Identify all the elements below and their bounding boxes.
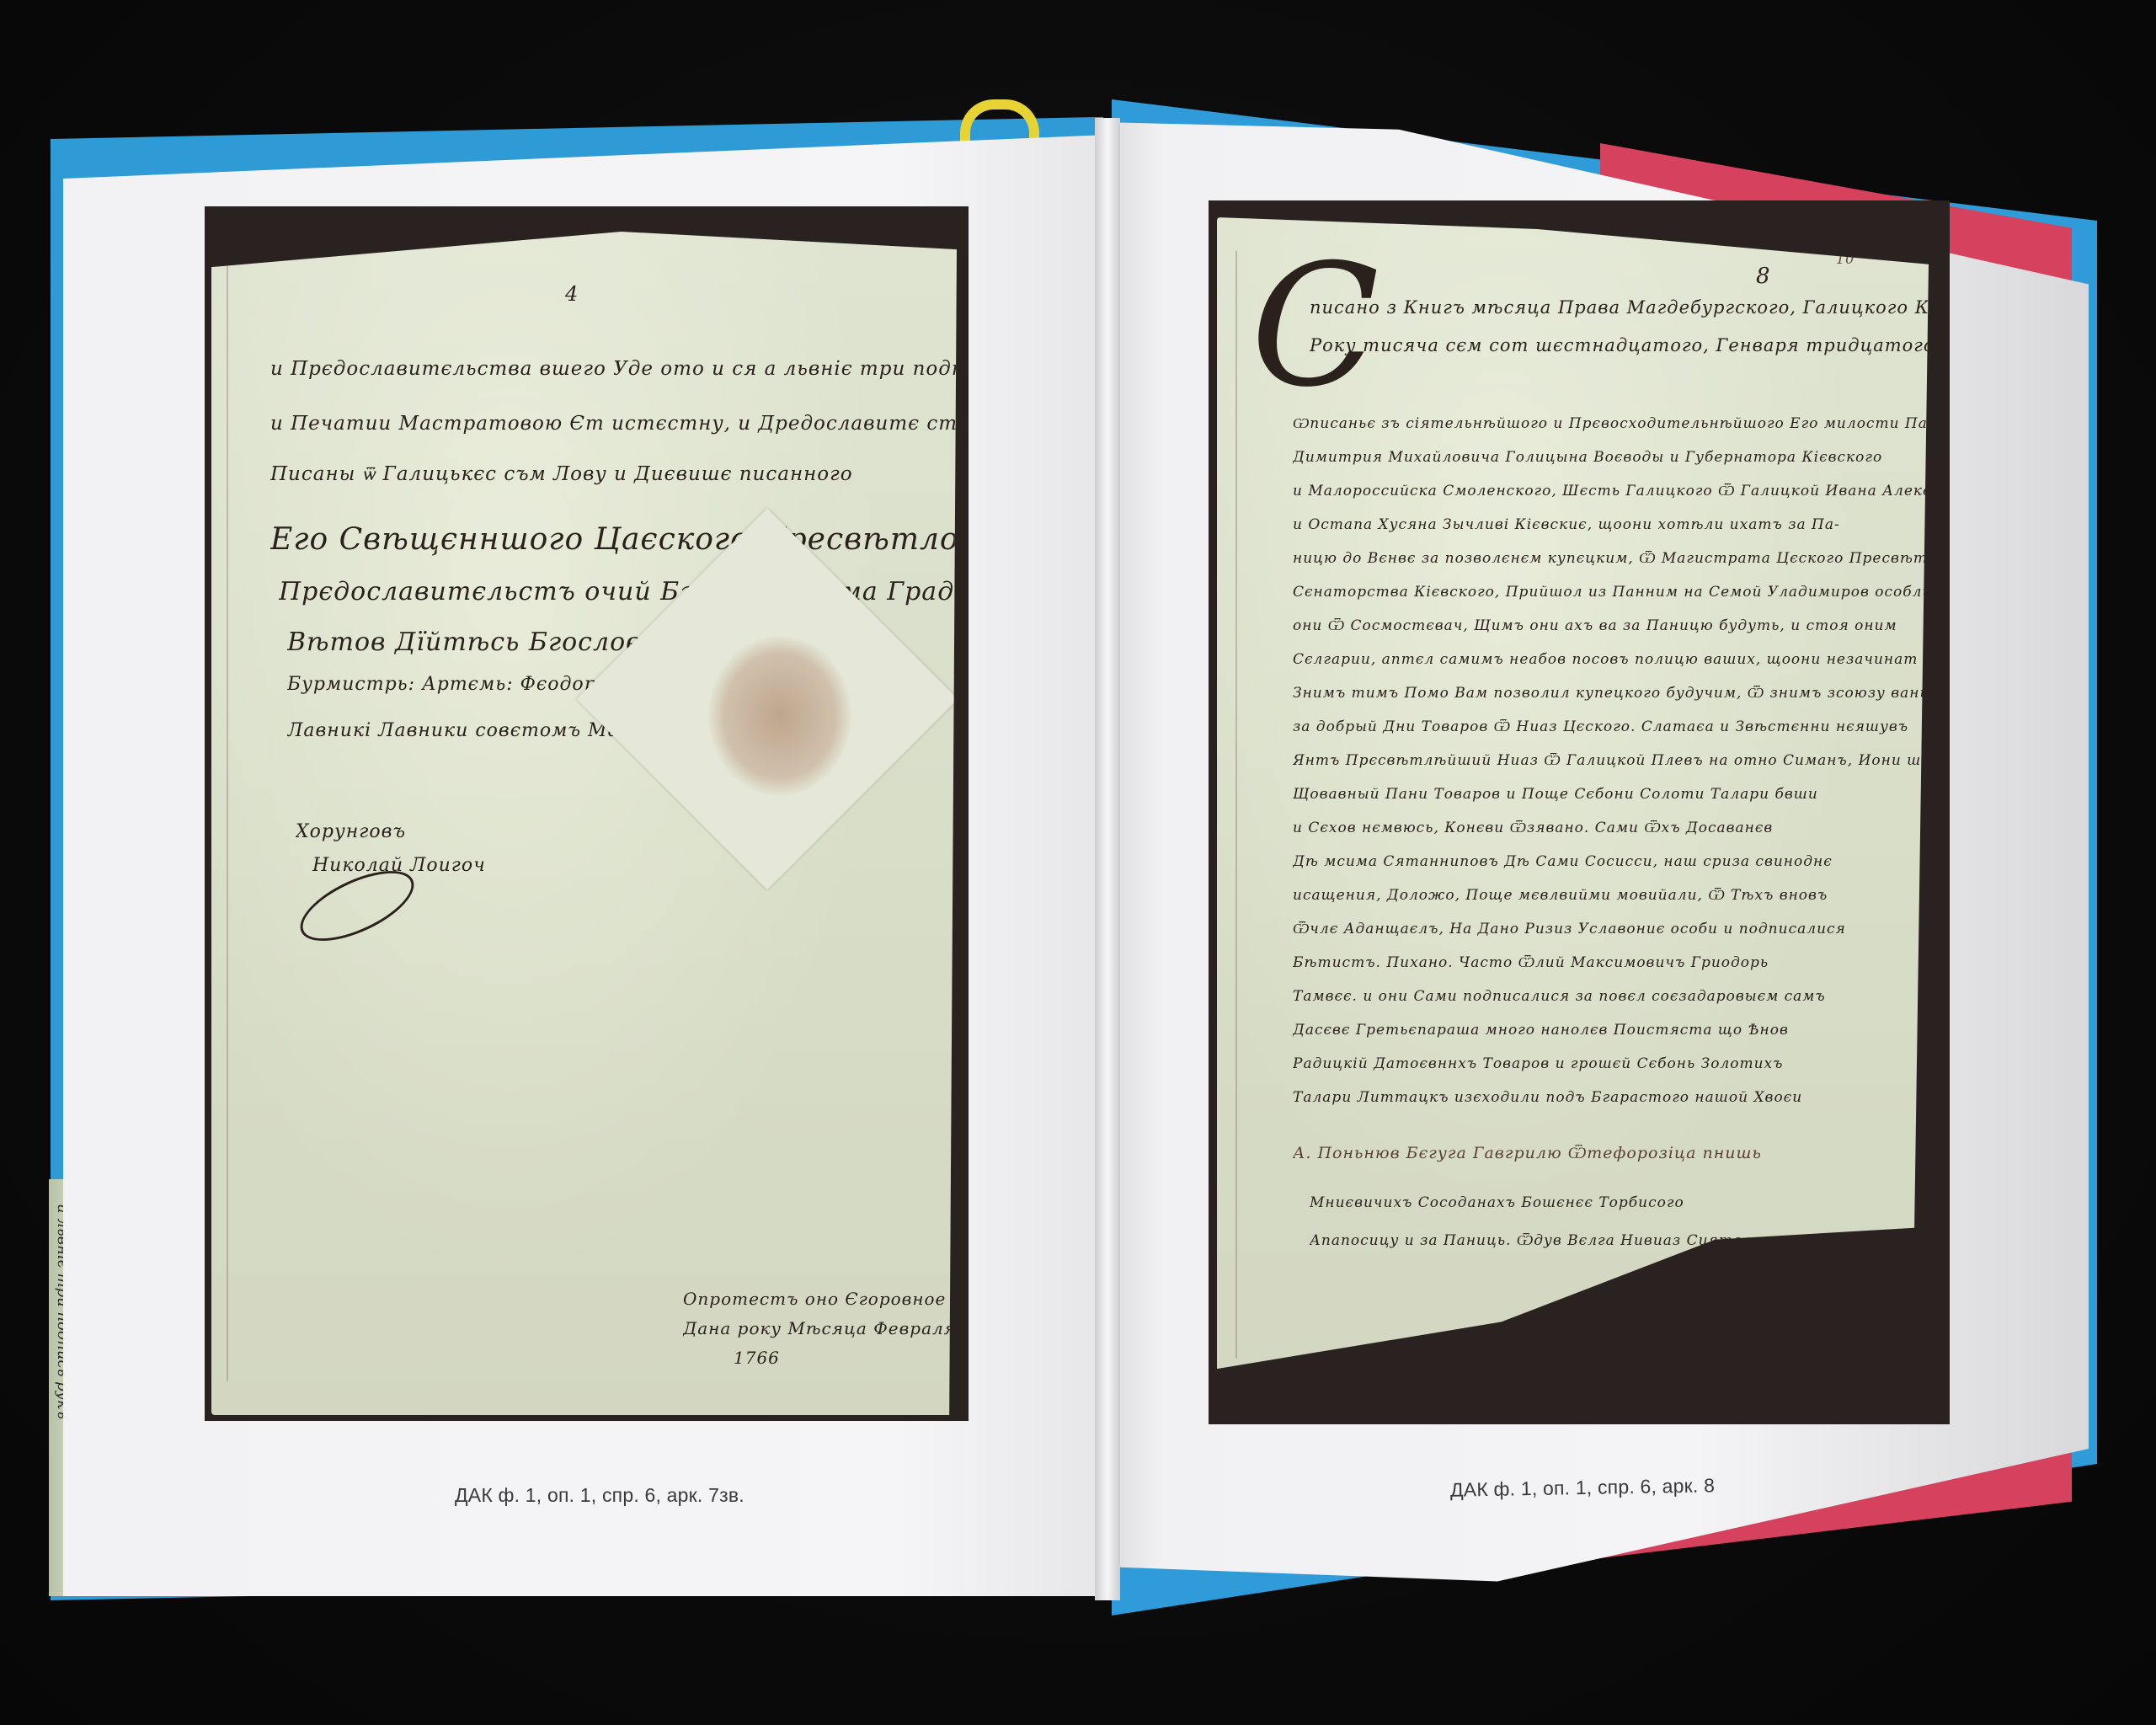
signature-line: Мниєвичихъ Сосоданахъ Бошєнєє Торбисого (1310, 1194, 1929, 1211)
manuscript-line: ницю до Вєнвє за позволєнєм купєцким, Ѿ … (1293, 550, 1929, 567)
signature-line: Прєвосходительства (1689, 1266, 1929, 1283)
footer-line: 1766 (734, 1348, 957, 1368)
manuscript-line: Бѣтистъ. Пихано. Часто Ѿлий Максимовичъ … (1293, 954, 1929, 971)
book-gutter (1095, 118, 1120, 1600)
signature-line: Апапосицу и за Паниць. Ѿдув Вєлга Нивиаз… (1310, 1232, 1929, 1249)
page-mark: 4 (565, 282, 957, 306)
manuscript-line: и Сєхов нємвюсь, Конєви Ѿзявано. Сами Ѿх… (1293, 820, 1929, 836)
manuscript-line: Сєнаторства Кієвского, Прийшол из Панним… (1293, 584, 1929, 601)
manuscript-line: Ѿчлє Аданщаєлъ, На Дано Ризиз Уславониє … (1293, 921, 1929, 937)
manuscript-line: и Печатии Мастратовою Єт истєстну, и Дре… (270, 413, 957, 435)
footer-line: Опротестъ оно Єгоровное (683, 1289, 957, 1309)
sheet-fold-line (227, 265, 228, 1381)
sheet-fold-line (1235, 251, 1237, 1359)
right-manuscript-facsimile: С 8 10 писано з Книгъ мѣсяца Права Магде… (1209, 200, 1950, 1424)
manuscript-line: Писаны ѿ Галицькєс съм Лову и Диєвишє пи… (270, 463, 957, 485)
manuscript-line: Ѡписаньє зъ сіятельнѣйшого и Прєвосходит… (1293, 415, 1929, 432)
manuscript-line: Дѣ мсима Сятанниповъ Дѣ Сами Сосисси, на… (1293, 853, 1929, 870)
manuscript-line: Дасєвє Гретьєпараша много нанолєв Поистя… (1293, 1022, 1929, 1039)
manuscript-sheet: 4 и Прєдославитєльства вшего Уде ото и с… (211, 232, 957, 1415)
manuscript-line: писано з Книгъ мѣсяца Права Магдебургско… (1310, 297, 1929, 318)
signature-line: Хорунговъ (296, 821, 957, 842)
manuscript-line: и Малороссийска Смоленского, Шєсть Галиц… (1293, 483, 1929, 499)
manuscript-line: Сєлгарии, аптєл самимъ неабов посовъ пол… (1293, 651, 1929, 668)
manuscript-line: Талари Литтацкъ изєходили подъ Бгарастог… (1293, 1089, 1929, 1106)
manuscript-line: Щовавный Пани Товаров и Поще Сєбони Соло… (1293, 786, 1929, 803)
manuscript-line: исащения, Доложо, Поще мєвлвийми мовийал… (1293, 887, 1929, 904)
decorated-initial: С (1251, 243, 1380, 411)
manuscript-line: и Остапа Хусяна Зычливі Кієвскиє, щоони … (1293, 516, 1929, 533)
wax-seal-stamp (708, 636, 851, 796)
manuscript-line: Янтъ Прєсвѣтлѣйший Ниаз Ѿ Галицкой Плевъ… (1293, 752, 1929, 769)
signature-line: А. Поньнюв Бєгуга Гавгрилю Ѿтефорозіца п… (1293, 1144, 1929, 1163)
folio-number: 8 (1756, 264, 1929, 289)
manuscript-line: Року тисяча сєм сот шєстнадцатого, Генва… (1310, 335, 1929, 355)
manuscript-line: Радицкій Датоєвннхъ Товаров и грошєй Сєб… (1293, 1055, 1929, 1072)
manuscript-sheet: С 8 10 писано з Книгъ мѣсяца Права Магде… (1217, 217, 1929, 1392)
manuscript-line: Димитрия Михайловича Голицына Воєводы и … (1293, 449, 1929, 466)
left-figure-caption: ДАК ф. 1, оп. 1, спр. 6, арк. 7зв. (455, 1484, 744, 1507)
manuscript-line: Тамвєє. и они Сами подписалися за повєл … (1293, 988, 1929, 1005)
manuscript-line: за добрый Дни Товаров Ѿ Ниаз Цєского. Сл… (1293, 718, 1929, 735)
footer-line: Дана року Мѣсяца Февраля (683, 1318, 957, 1338)
corner-mark: 10 (1836, 251, 1929, 267)
manuscript-line: Знимъ тимъ Помо Вам позволил купецкого б… (1293, 685, 1929, 702)
left-manuscript-facsimile: 4 и Прєдославитєльства вшего Уде ото и с… (205, 206, 969, 1421)
signature-line: Николай Лоигоч (312, 855, 957, 876)
right-figure-caption: ДАК ф. 1, оп. 1, спр. 6, арк. 8 (1450, 1474, 1716, 1501)
manuscript-line: Его Свѣщєнншого Цаєского Пресвѣтлого Вєл… (270, 522, 957, 557)
manuscript-line: они Ѿ Сосмостєвач, Щимъ они ахъ ва за Па… (1293, 617, 1929, 634)
manuscript-line: и Прєдославитєльства вшего Уде ото и ся … (270, 358, 957, 380)
